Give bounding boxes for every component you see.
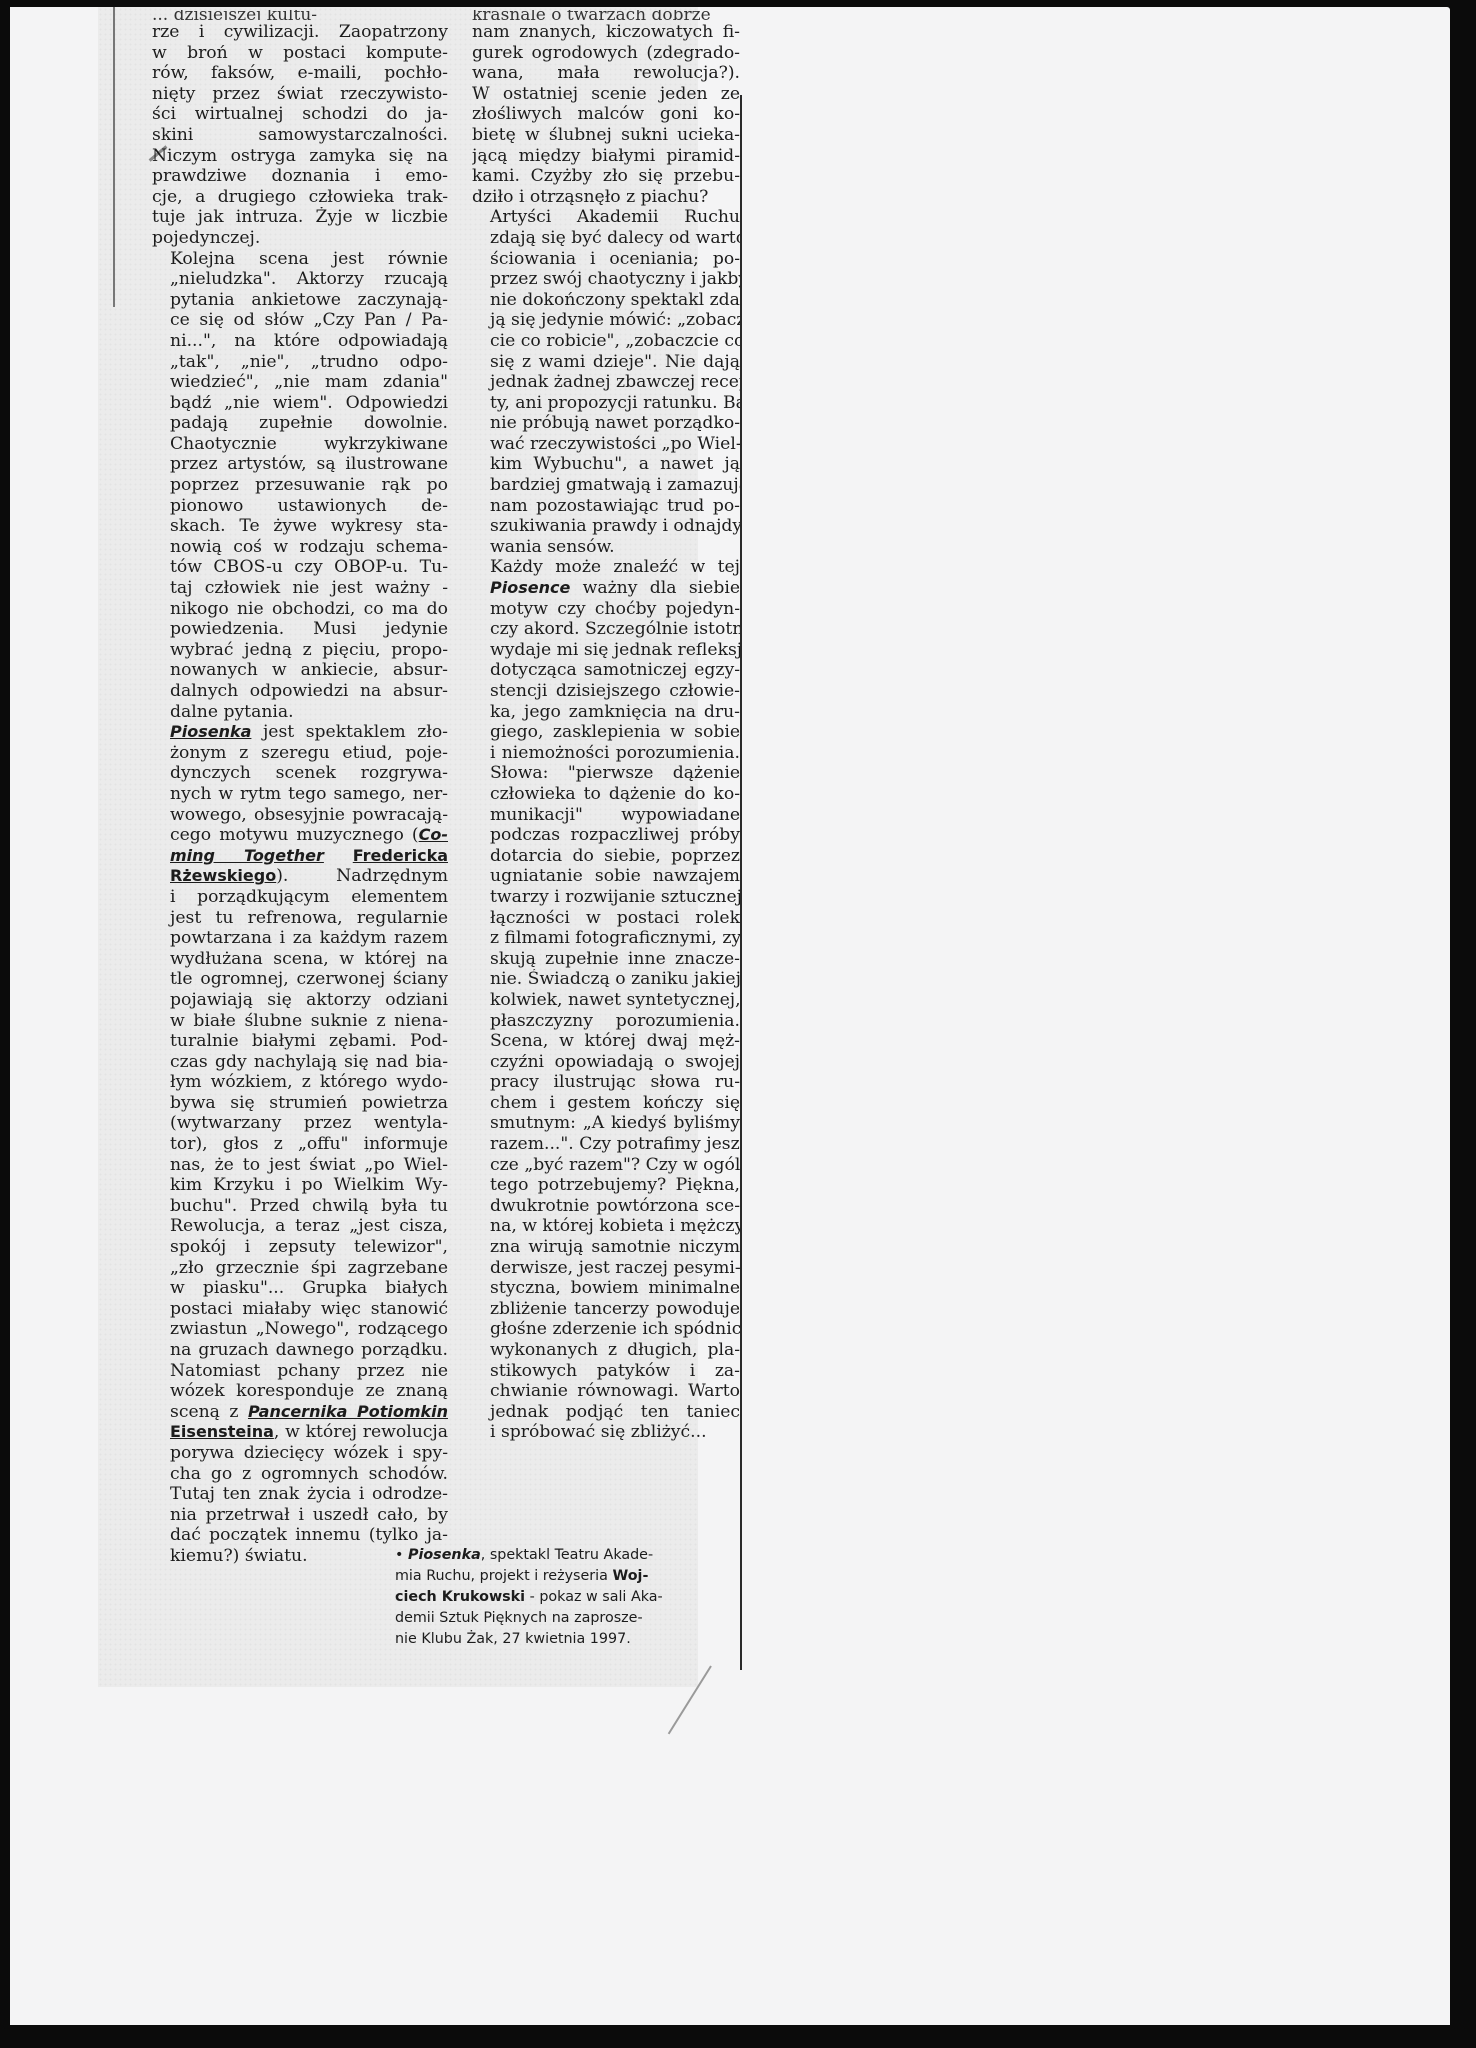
text-line: bietę w ślubnej sukni ucieka- (472, 125, 740, 146)
text-line: nam znanych, kiczowatych fi- (472, 22, 740, 43)
text-line: nia przetrwał i uszedł cało, by (152, 1505, 448, 1526)
text-line: „nieludzka". Aktorzy rzucają (152, 269, 448, 290)
text-line: chem i gestem kończy się (472, 1093, 740, 1114)
text-line: wana, mała rewolucja?). (472, 63, 740, 84)
text-line: dziło i otrząsnęło z piachu? (472, 187, 740, 208)
text-line: cha go z ogromnych schodów. (152, 1464, 448, 1485)
text-line: czy akord. Szczególnie istotna (472, 619, 740, 640)
text-line: pionowo ustawionych de- (152, 496, 448, 517)
text-line: w białe ślubne suknie z niena- (152, 1011, 448, 1032)
text-line: spokój i zepsuty telewizor", (152, 1237, 448, 1258)
text-line: jest tu refrenowa, regularnie (152, 908, 448, 929)
text-line: (wytwarzany przez wentyla- (152, 1113, 448, 1134)
text-line: „tak", „nie", „trudno odpo- (152, 352, 448, 373)
text-line: na gruzach dawnego porządku. (152, 1340, 448, 1361)
text-line: padają zupełnie dowolnie. (152, 413, 448, 434)
paragraph: nam znanych, kiczowatych fi-gurek ogrodo… (472, 22, 740, 207)
text-line: i porządkującym elementem (152, 887, 448, 908)
text-line: nam pozostawiając trud po- (472, 496, 740, 517)
work-title: Pancernika Potiomkin (248, 1402, 448, 1421)
text-line: porywa dziecięcy wózek i spy- (152, 1443, 448, 1464)
text-line: Scena, w której dwaj męż- (472, 1031, 740, 1052)
director-name: Woj- (612, 1568, 648, 1584)
text-line: jednak podjąć ten taniec (472, 1402, 740, 1423)
text-line: ka, jego zamknięcia na dru- (472, 702, 740, 723)
text-line: wania sensów. (472, 537, 740, 558)
text-line: nie. Świadczą o zaniku jakiej- (472, 969, 740, 990)
text-line: wać rzeczywistości „po Wiel- (472, 434, 740, 455)
text-line: pojedynczej. (152, 228, 448, 249)
text-line: Piosence ważny dla siebie (472, 578, 740, 599)
column-rule (740, 95, 742, 1670)
text-line: gurek ogrodowych (zdegrado- (472, 43, 740, 64)
text-line: smutnym: „A kiedyś byliśmy (472, 1113, 740, 1134)
bullet-icon: • (395, 1547, 403, 1563)
text-line: nie dokończony spektakl zda- (472, 290, 740, 311)
text-line: wydaje mi się jednak refleksja (472, 640, 740, 661)
text-line: motyw czy choćby pojedyn- (472, 599, 740, 620)
text-line: ty, ani propozycji ratunku. Ba, (472, 393, 740, 414)
text-line: tów CBOS-u czy OBOP-u. Tu- (152, 557, 448, 578)
text-line: bardziej gmatwają i zamazują, (472, 475, 740, 496)
text-line: ściowania i oceniania; po- (472, 249, 740, 270)
text-line: wowego, obsesyjnie powracają- (152, 805, 448, 826)
clipping-left-edge (113, 7, 115, 307)
text-line: kami. Czyżby zło się przebu- (472, 166, 740, 187)
work-title: Co- (419, 825, 448, 844)
text-line: zwiastun „Nowego", rodzącego (152, 1319, 448, 1340)
paragraph: Artyści Akademii Ruchuzdają się być dale… (472, 207, 740, 557)
text-line: Słowa: "pierwsze dążenie (472, 763, 740, 784)
text-line: „zło grzecznie śpi zagrzebane (152, 1258, 448, 1279)
text-line: ce się od słów „Czy Pan / Pa- (152, 310, 448, 331)
text-line: Natomiast pchany przez nie (152, 1361, 448, 1382)
text-line: nowanych w ankiecie, absur- (152, 660, 448, 681)
text-line: cje, a drugiego człowieka trak- (152, 187, 448, 208)
text-line: kim Krzyku i po Wielkim Wy- (152, 1175, 448, 1196)
text-line: pracy ilustrując słowa ru- (472, 1072, 740, 1093)
work-title: Piosence (490, 578, 570, 597)
text-line: łym wózkiem, z którego wydo- (152, 1072, 448, 1093)
text-line: nie próbują nawet porządko- (472, 413, 740, 434)
text-line: jącą między białymi piramid- (472, 146, 740, 167)
text-line: żonym z szeregu etiud, poje- (152, 743, 448, 764)
text-line: rze i cywilizacji. Zaopatrzony (152, 22, 448, 43)
work-title: Piosenka (170, 722, 251, 741)
text-line: w broń w postaci kompute- (152, 43, 448, 64)
text-line: Rżewskiego). Nadrzędnym (152, 866, 448, 887)
text-line: wózek koresponduje ze znaną (152, 1381, 448, 1402)
text-line: nych w rytm tego samego, ner- (152, 784, 448, 805)
text-line: kim Wybuchu", a nawet ją (472, 454, 740, 475)
text-line: tego potrzebujemy? Piękna, (472, 1175, 740, 1196)
text-line: dynczych scenek rozgrywa- (152, 763, 448, 784)
text-line: chwianie równowagi. Warto (472, 1381, 740, 1402)
text-line: dotycząca samotniczej egzy- (472, 660, 740, 681)
text-line: skują zupełnie inne znacze- (472, 949, 740, 970)
caption-text: , spektakl Teatru Akade- (481, 1547, 653, 1563)
text-line: twarzy i rozwijanie sztucznej (472, 887, 740, 908)
text-line: cego motywu muzycznego (Co- (152, 825, 448, 846)
text-line: głośne zderzenie ich spódnic (472, 1319, 740, 1340)
text-line: cie co robicie", „zobaczcie co (472, 331, 740, 352)
paragraph: Kolejna scena jest równie„nieludzka". Ak… (152, 249, 448, 723)
text-line: Każdy może znaleźć w tej (472, 557, 740, 578)
text-line: czas gdy nachylają się nad bia- (152, 1052, 448, 1073)
text-line: bądź „nie wiem". Odpowiedzi (152, 393, 448, 414)
text-line: prawdziwe doznania i emo- (152, 166, 448, 187)
text-line: wykonanych z długich, pla- (472, 1340, 740, 1361)
text-line: dotarcia do siebie, poprzez (472, 846, 740, 867)
text-line: stikowych patyków i za- (472, 1361, 740, 1382)
text-line: wiedzieć", „nie mam zdania" (152, 372, 448, 393)
text-line: Kolejna scena jest równie (152, 249, 448, 270)
text-line: W ostatniej scenie jeden ze (472, 84, 740, 105)
paragraph: Piosenka jest spektaklem zło-żonym z sze… (152, 722, 448, 1566)
text-line: dwukrotnie powtórzona sce- (472, 1196, 740, 1217)
caption-title: Piosenka (408, 1547, 481, 1563)
text-line: cze „być razem"? Czy w ogóle (472, 1155, 740, 1176)
text-line: człowieka to dążenie do ko- (472, 784, 740, 805)
text-line: tor), głos z „offu" informuje (152, 1134, 448, 1155)
column-right-body: nam znanych, kiczowatych fi-gurek ogrodo… (472, 22, 740, 1443)
text-line: giego, zasklepienia w sobie (472, 722, 740, 743)
text-line: derwisze, jest raczej pesymi- (472, 1258, 740, 1279)
performance-info-caption: • Piosenka, spektakl Teatru Akade- mia R… (395, 1545, 695, 1650)
text-line: taj człowiek nie jest ważny - (152, 578, 448, 599)
text-line: się z wami dzieje". Nie dają (472, 352, 740, 373)
text-line: munikacji" wypowiadane (472, 805, 740, 826)
text-line: wybrać jedną z pięciu, propo- (152, 640, 448, 661)
work-title: Fredericka (353, 846, 448, 865)
text-line: nikogo nie obchodzi, co ma do (152, 599, 448, 620)
text-line: poprzez przesuwanie rąk po (152, 475, 448, 496)
text-line: wydłużana scena, w której na (152, 949, 448, 970)
text-line: zdają się być dalecy od warto- (472, 228, 740, 249)
caption-line-3: ciech Krukowski - pokaz w sali Aka- (395, 1587, 695, 1608)
text-line: razem...". Czy potrafimy jesz- (472, 1134, 740, 1155)
text-line: złośliwych malców goni ko- (472, 104, 740, 125)
text-line: Artyści Akademii Ruchu (472, 207, 740, 228)
text-line: przez swój chaotyczny i jakby (472, 269, 740, 290)
text-line: płaszczyzny porozumienia. (472, 1011, 740, 1032)
text-line: czyźni opowiadają o swojej (472, 1052, 740, 1073)
text-line: ming Together Fredericka (152, 846, 448, 867)
text-line: ni...", na które odpowiadają (152, 331, 448, 352)
director-name: ciech Krukowski (395, 1589, 525, 1605)
text-line: postaci miałaby więc stanowić (152, 1299, 448, 1320)
text-line: Eisensteina, w której rewolucja (152, 1422, 448, 1443)
caption-line-5: nie Klubu Żak, 27 kwietnia 1997. (395, 1629, 695, 1650)
text-line: zbliżenie tancerzy powoduje (472, 1299, 740, 1320)
text-line: dać początek innemu (tylko ja- (152, 1525, 448, 1546)
column-left-body: rze i cywilizacji. Zaopatrzonyw broń w p… (152, 22, 448, 1567)
text-line: dalne pytania. (152, 702, 448, 723)
text-line: zna wirują samotnie niczym (472, 1237, 740, 1258)
text-line: ści wirtualnej schodzi do ja- (152, 104, 448, 125)
text-line: szukiwania prawdy i odnajdy- (472, 516, 740, 537)
article-column-left: ... dzisiejszej kultu- rze i cywilizacji… (152, 10, 448, 1567)
text-line: ugniatanie sobie nawzajem (472, 866, 740, 887)
text-line: przez artystów, są ilustrowane (152, 454, 448, 475)
text-line: na, w której kobieta i mężczy- (472, 1216, 740, 1237)
caption-line-1: • Piosenka, spektakl Teatru Akade- (395, 1545, 695, 1566)
text-line: nowią coś w rodzaju schema- (152, 537, 448, 558)
text-line: bywa się strumień powietrza (152, 1093, 448, 1114)
text-line: Piosenka jest spektaklem zło- (152, 722, 448, 743)
work-title: ming Together (170, 846, 324, 865)
text-line: turalnie białymi zębami. Pod- (152, 1031, 448, 1052)
text-line: Rewolucja, a teraz „jest cisza, (152, 1216, 448, 1237)
text-line: rów, faksów, e-maili, pochło- (152, 63, 448, 84)
text-line: z filmami fotograficznymi, zy- (472, 928, 740, 949)
text-line: stencji dzisiejszego człowie- (472, 681, 740, 702)
text-line: i spróbować się zbliżyć... (472, 1422, 740, 1443)
text-line: jednak żadnej zbawczej recep- (472, 372, 740, 393)
text-line: Tutaj ten znak życia i odrodze- (152, 1484, 448, 1505)
paragraph: rze i cywilizacji. Zaopatrzonyw broń w p… (152, 22, 448, 249)
text-line: dalnych odpowiedzi na absur- (152, 681, 448, 702)
text-line: łączności w postaci rolek (472, 908, 740, 929)
cut-off-top-line: ... dzisiejszej kultu- (152, 10, 448, 20)
text-line: tuje jak intruza. Żyje w liczbie (152, 207, 448, 228)
article-column-right: krasnale o twarzach dobrze nam znanych, … (472, 10, 740, 1443)
caption-text: mia Ruchu, projekt i reżyseria (395, 1568, 612, 1584)
text-line: nięty przez świat rzeczywisto- (152, 84, 448, 105)
text-line: tle ogromnej, czerwonej ściany (152, 969, 448, 990)
caption-text: - pokaz w sali Aka- (525, 1589, 663, 1605)
text-line: nas, że to jest świat „po Wiel- (152, 1155, 448, 1176)
text-line: podczas rozpaczliwej próby (472, 825, 740, 846)
text-line: i niemożności porozumienia. (472, 743, 740, 764)
text-line: Niczym ostryga zamyka się na (152, 146, 448, 167)
caption-line-2: mia Ruchu, projekt i reżyseria Woj- (395, 1566, 695, 1587)
text-line: sceną z Pancernika Potiomkin (152, 1402, 448, 1423)
text-line: powiedzenia. Musi jedynie (152, 619, 448, 640)
text-line: Chaotycznie wykrzykiwane (152, 434, 448, 455)
text-line: buchu". Przed chwilą była tu (152, 1196, 448, 1217)
work-title: Eisensteina (170, 1422, 274, 1441)
cut-off-top-line: krasnale o twarzach dobrze (472, 10, 740, 20)
text-line: styczna, bowiem minimalne (472, 1278, 740, 1299)
text-line: skach. Te żywe wykresy sta- (152, 516, 448, 537)
text-line: powtarzana i za każdym razem (152, 928, 448, 949)
text-line: pojawiają się aktorzy odziani (152, 990, 448, 1011)
text-line: kolwiek, nawet syntetycznej, (472, 990, 740, 1011)
text-line: skini samowystarczalności. (152, 125, 448, 146)
text-line: ją się jedynie mówić: „zobacz- (472, 310, 740, 331)
text-line: pytania ankietowe zaczynają- (152, 290, 448, 311)
caption-line-4: demii Sztuk Pięknych na zaprosze- (395, 1608, 695, 1629)
text-line: w piasku"... Grupka białych (152, 1278, 448, 1299)
paragraph: Każdy może znaleźć w tejPiosence ważny d… (472, 557, 740, 1443)
work-title: Rżewskiego (170, 866, 276, 885)
